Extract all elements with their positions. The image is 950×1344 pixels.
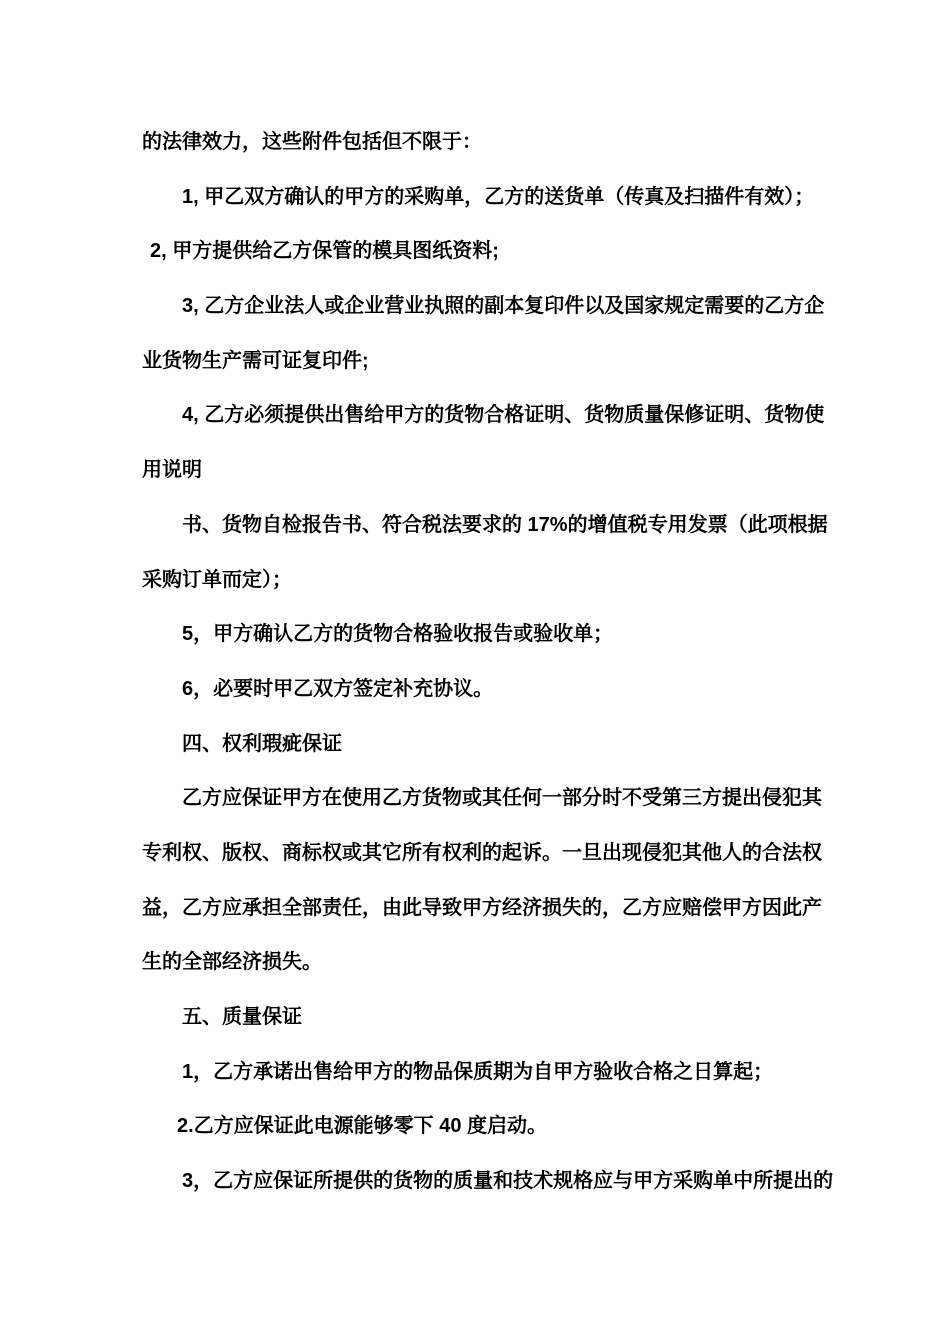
text-line: 用说明 [142,443,842,498]
list-item: 1，乙方承诺出售给甲方的物品保质期为自甲方验收合格之日算起； [142,1045,842,1100]
list-item: 6，必要时甲乙双方签定补充协议。 [142,662,842,717]
text-line: 业货物生产需可证复印件; [142,334,842,389]
document-body: 的法律效力，这些附件包括但不限于： 1, 甲乙双方确认的甲方的采购单，乙方的送货… [142,115,842,1209]
list-item: 3，乙方应保证所提供的货物的质量和技术规格应与甲方采购单中所提出的 [142,1154,842,1209]
list-item: 1, 甲乙双方确认的甲方的采购单，乙方的送货单（传真及扫描件有效）； [142,170,842,225]
section-heading: 四、权利瑕疵保证 [142,717,842,772]
list-item: 5，甲方确认乙方的货物合格验收报告或验收单； [142,607,842,662]
text-line: 益，乙方应承担全部责任，由此导致甲方经济损失的，乙方应赔偿甲方因此产 [142,881,842,936]
list-item: 2.乙方应保证此电源能够零下 40 度启动。 [142,1099,842,1154]
document-page: 的法律效力，这些附件包括但不限于： 1, 甲乙双方确认的甲方的采购单，乙方的送货… [0,0,950,1344]
list-item: 2, 甲方提供给乙方保管的模具图纸资料; [142,224,842,279]
list-item: 3, 乙方企业法人或企业营业执照的副本复印件以及国家规定需要的乙方企 [142,279,842,334]
text-line: 生的全部经济损失。 [142,935,842,990]
text-line: 乙方应保证甲方在使用乙方货物或其任何一部分时不受第三方提出侵犯其 [142,771,842,826]
list-item: 4, 乙方必须提供出售给甲方的货物合格证明、货物质量保修证明、货物使 [142,388,842,443]
section-heading: 五、质量保证 [142,990,842,1045]
text-line: 专利权、版权、商标权或其它所有权利的起诉。一旦出现侵犯其他人的合法权 [142,826,842,881]
text-line: 书、货物自检报告书、符合税法要求的 17%的增值税专用发票（此项根据 [142,498,842,553]
text-line: 的法律效力，这些附件包括但不限于： [142,115,842,170]
text-line: 采购订单而定）； [142,553,842,608]
